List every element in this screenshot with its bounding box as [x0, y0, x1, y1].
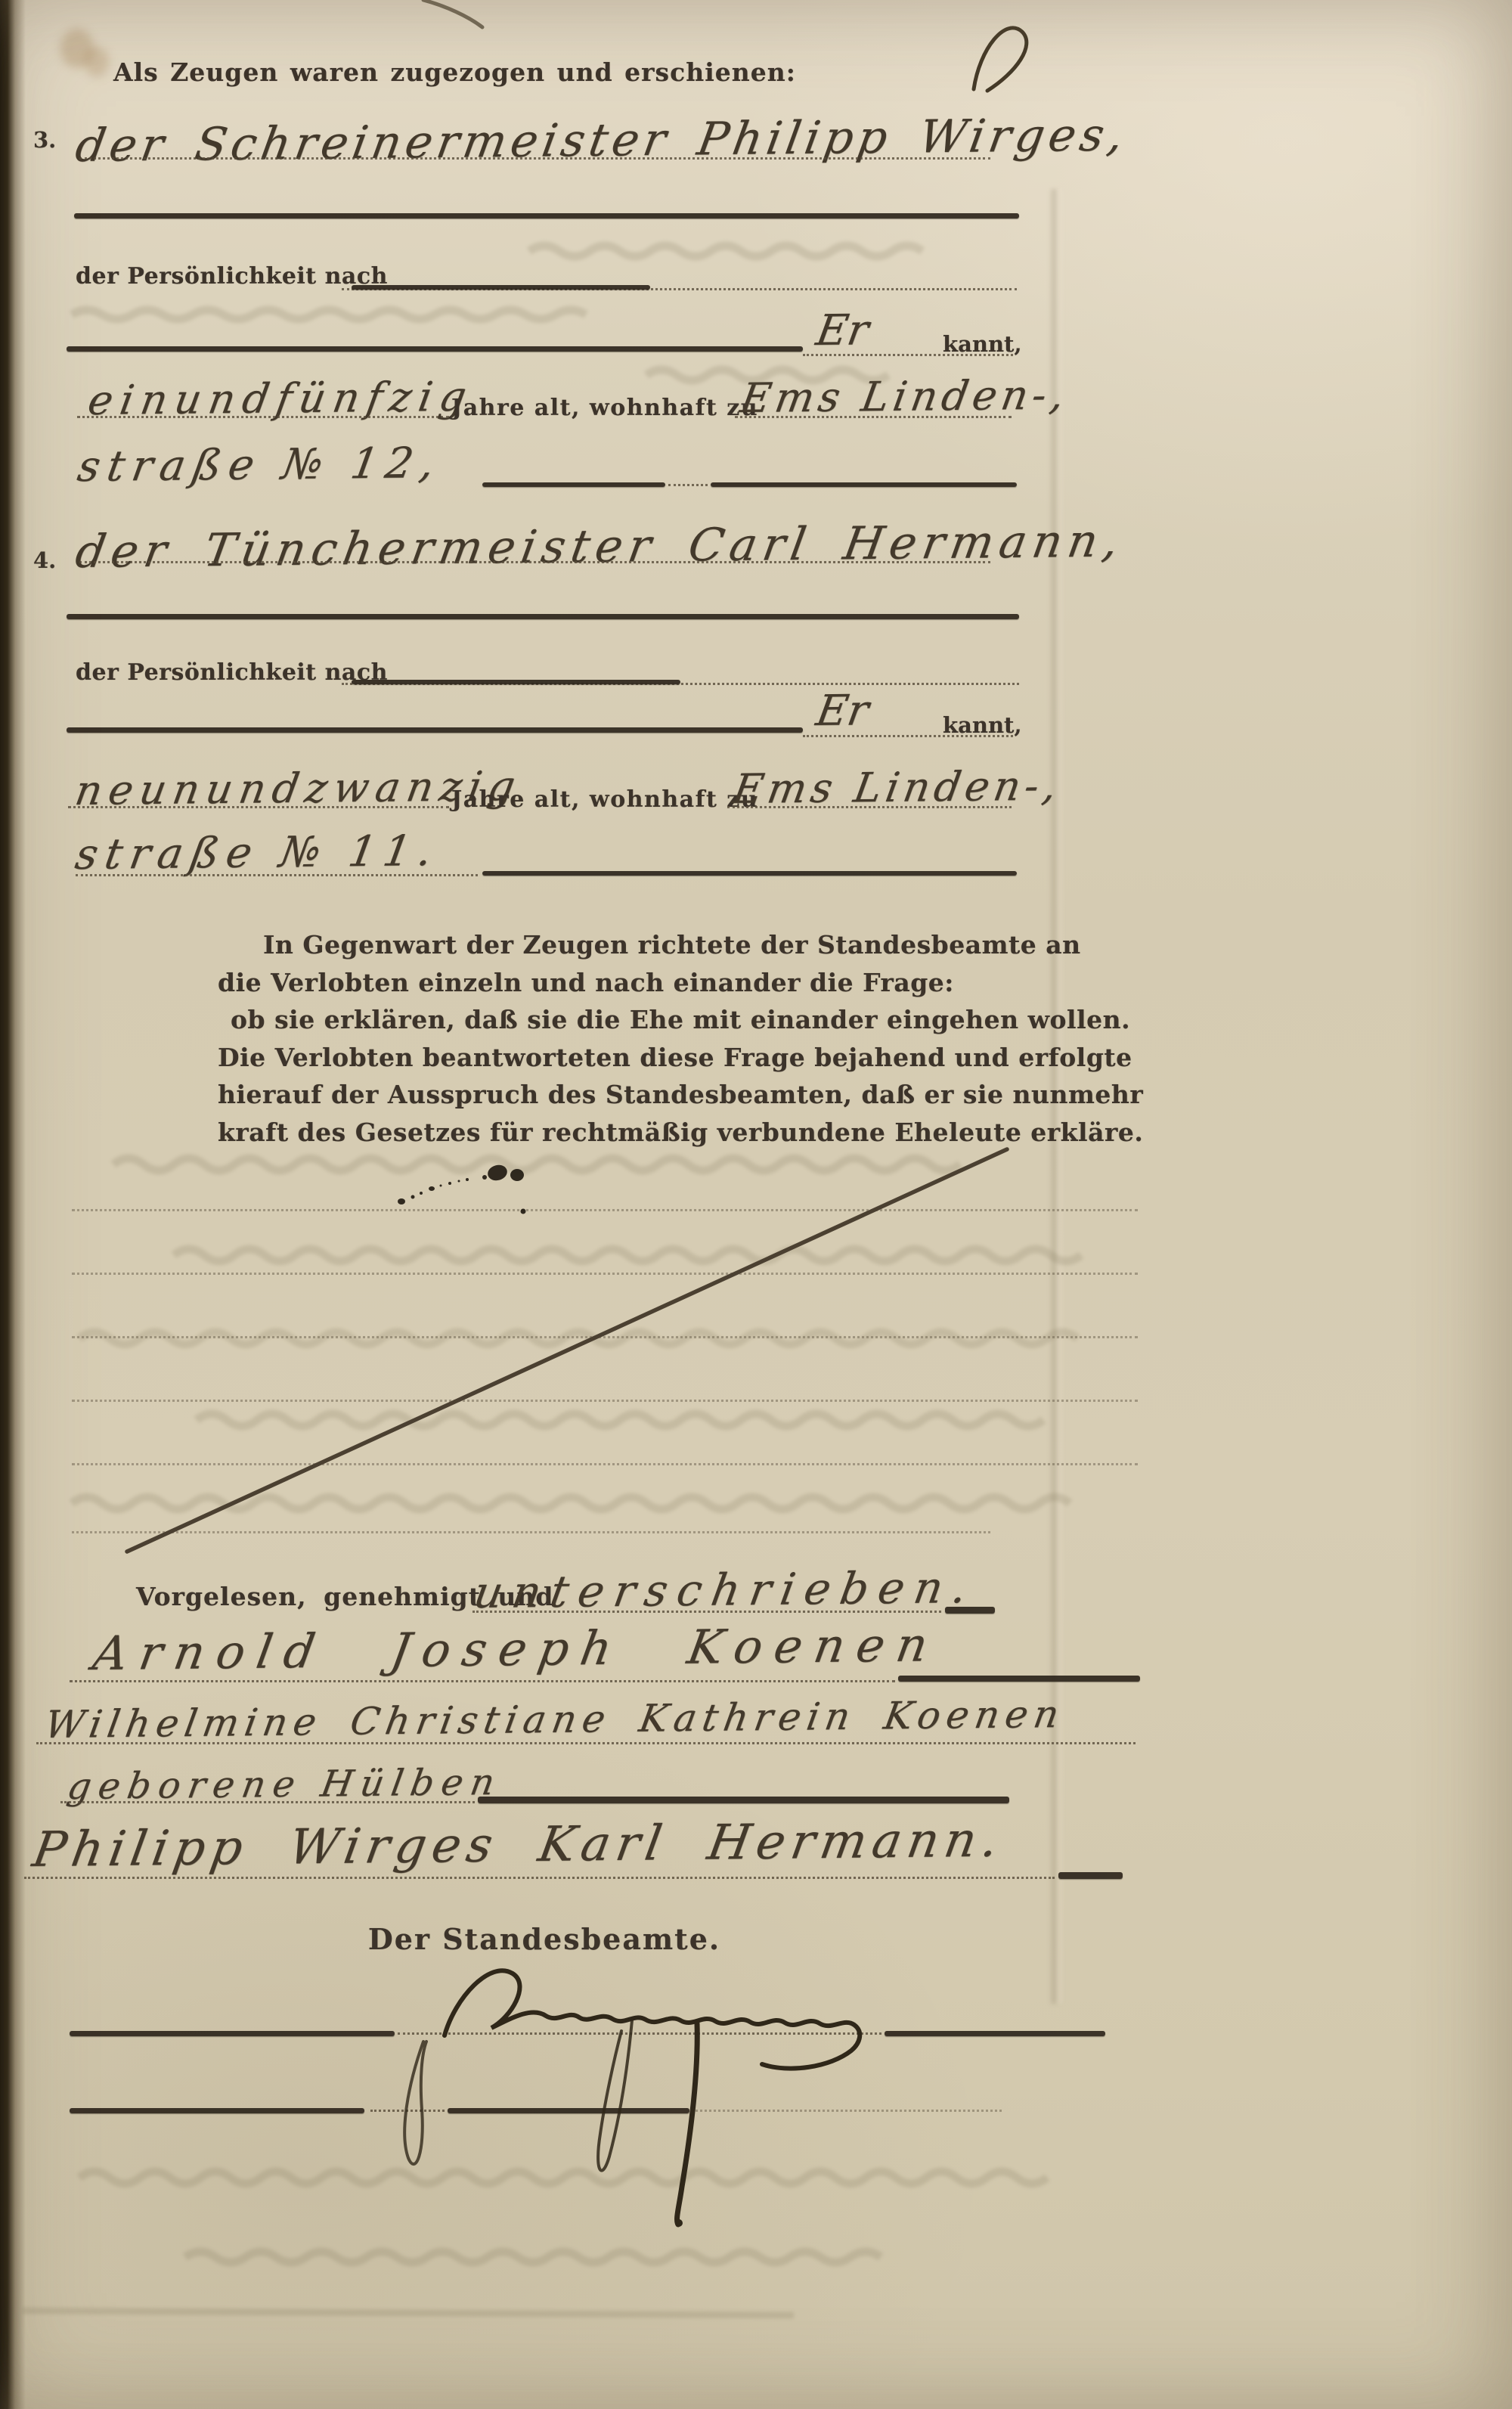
registrar-signature [404, 1970, 860, 2227]
cancellation-strike-line [127, 1149, 1007, 1552]
pen-stroke-top-edge [423, 0, 482, 27]
page-number-smudge [59, 27, 112, 82]
ink-overlay [0, 0, 1512, 2409]
handwriting-flourish-top-right [974, 28, 1027, 91]
bleed-through-ghost-writing [23, 246, 1081, 2315]
register-page-scan: Als Zeugen waren zugezogen und erschiene… [0, 0, 1512, 2409]
